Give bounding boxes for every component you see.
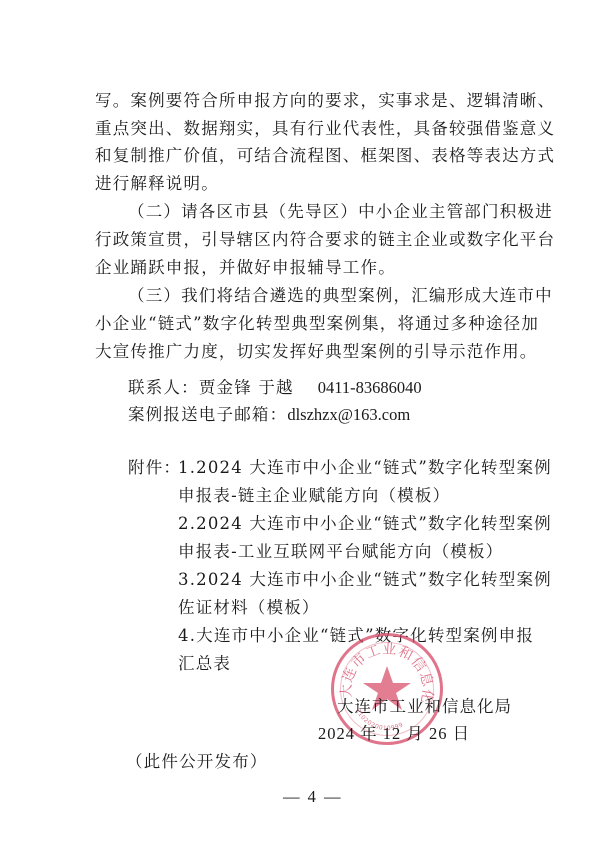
attachment-item: 2.2024 大连市中小企业“链式”数字化转型案例 (178, 514, 552, 534)
email-label: 案例报送电子邮箱： (128, 405, 287, 424)
disclosure-note: （此件公开发布） (126, 752, 268, 772)
body-text-line: 写。案例要符合所申报方向的要求，实事求是、逻辑清晰、 (95, 91, 555, 111)
body-text-line: （二）请各区市县（先导区）中小企业主管部门积极进 (128, 202, 553, 222)
attachment-item: 申报表-工业互联网平台赋能方向（模板） (178, 542, 503, 562)
signature-date: 2024 年 12 月 26 日 (318, 724, 470, 744)
attachment-item: 汇总表 (178, 654, 231, 674)
attachment-item: 佐证材料（模板） (178, 598, 320, 618)
body-text-line: 大宣传推广力度，切实发挥好典型案例的引导示范作用。 (95, 342, 538, 362)
body-text-line: 和复制推广价值，可结合流程图、框架图、表格等表达方式 (95, 146, 555, 166)
page-number: — 4 — (283, 787, 343, 807)
contact-phone: 0411-83686040 (318, 378, 422, 397)
attachments-label: 附件： (128, 458, 181, 478)
attachment-item: 1.2024 大连市中小企业“链式”数字化转型案例 (178, 458, 552, 478)
signature-org: 大连市工业和信息化局 (337, 697, 512, 717)
body-text-line: 行政策宣贯，引导辖区内符合要求的链主企业或数字化平台 (95, 230, 555, 250)
contact-names: 贾金锋 于越 (199, 378, 294, 397)
email-address: dlszhzx@163.com (287, 405, 410, 424)
email-line: 案例报送电子邮箱：dlszhzx@163.com (128, 405, 410, 425)
contact-label: 联系人： (128, 378, 199, 397)
body-text-line: 重点突出、数据翔实，具有行业代表性，具备较强借鉴意义 (95, 119, 555, 139)
attachment-item: 申报表-链主企业赋能方向（模板） (178, 486, 450, 506)
attachment-item: 3.2024 大连市中小企业“链式”数字化转型案例 (178, 570, 552, 590)
body-text-line: （三）我们将结合遴选的典型案例，汇编形成大连市中 (128, 286, 553, 306)
body-text-line: 企业踊跃申报，并做好申报辅导工作。 (95, 258, 396, 278)
contact-line: 联系人：贾金锋 于越0411-83686040 (128, 378, 422, 398)
body-text-line: 小企业“链式”数字化转型典型案例集，将通过多种途径加 (95, 314, 539, 334)
body-text-line: 进行解释说明。 (95, 174, 219, 194)
